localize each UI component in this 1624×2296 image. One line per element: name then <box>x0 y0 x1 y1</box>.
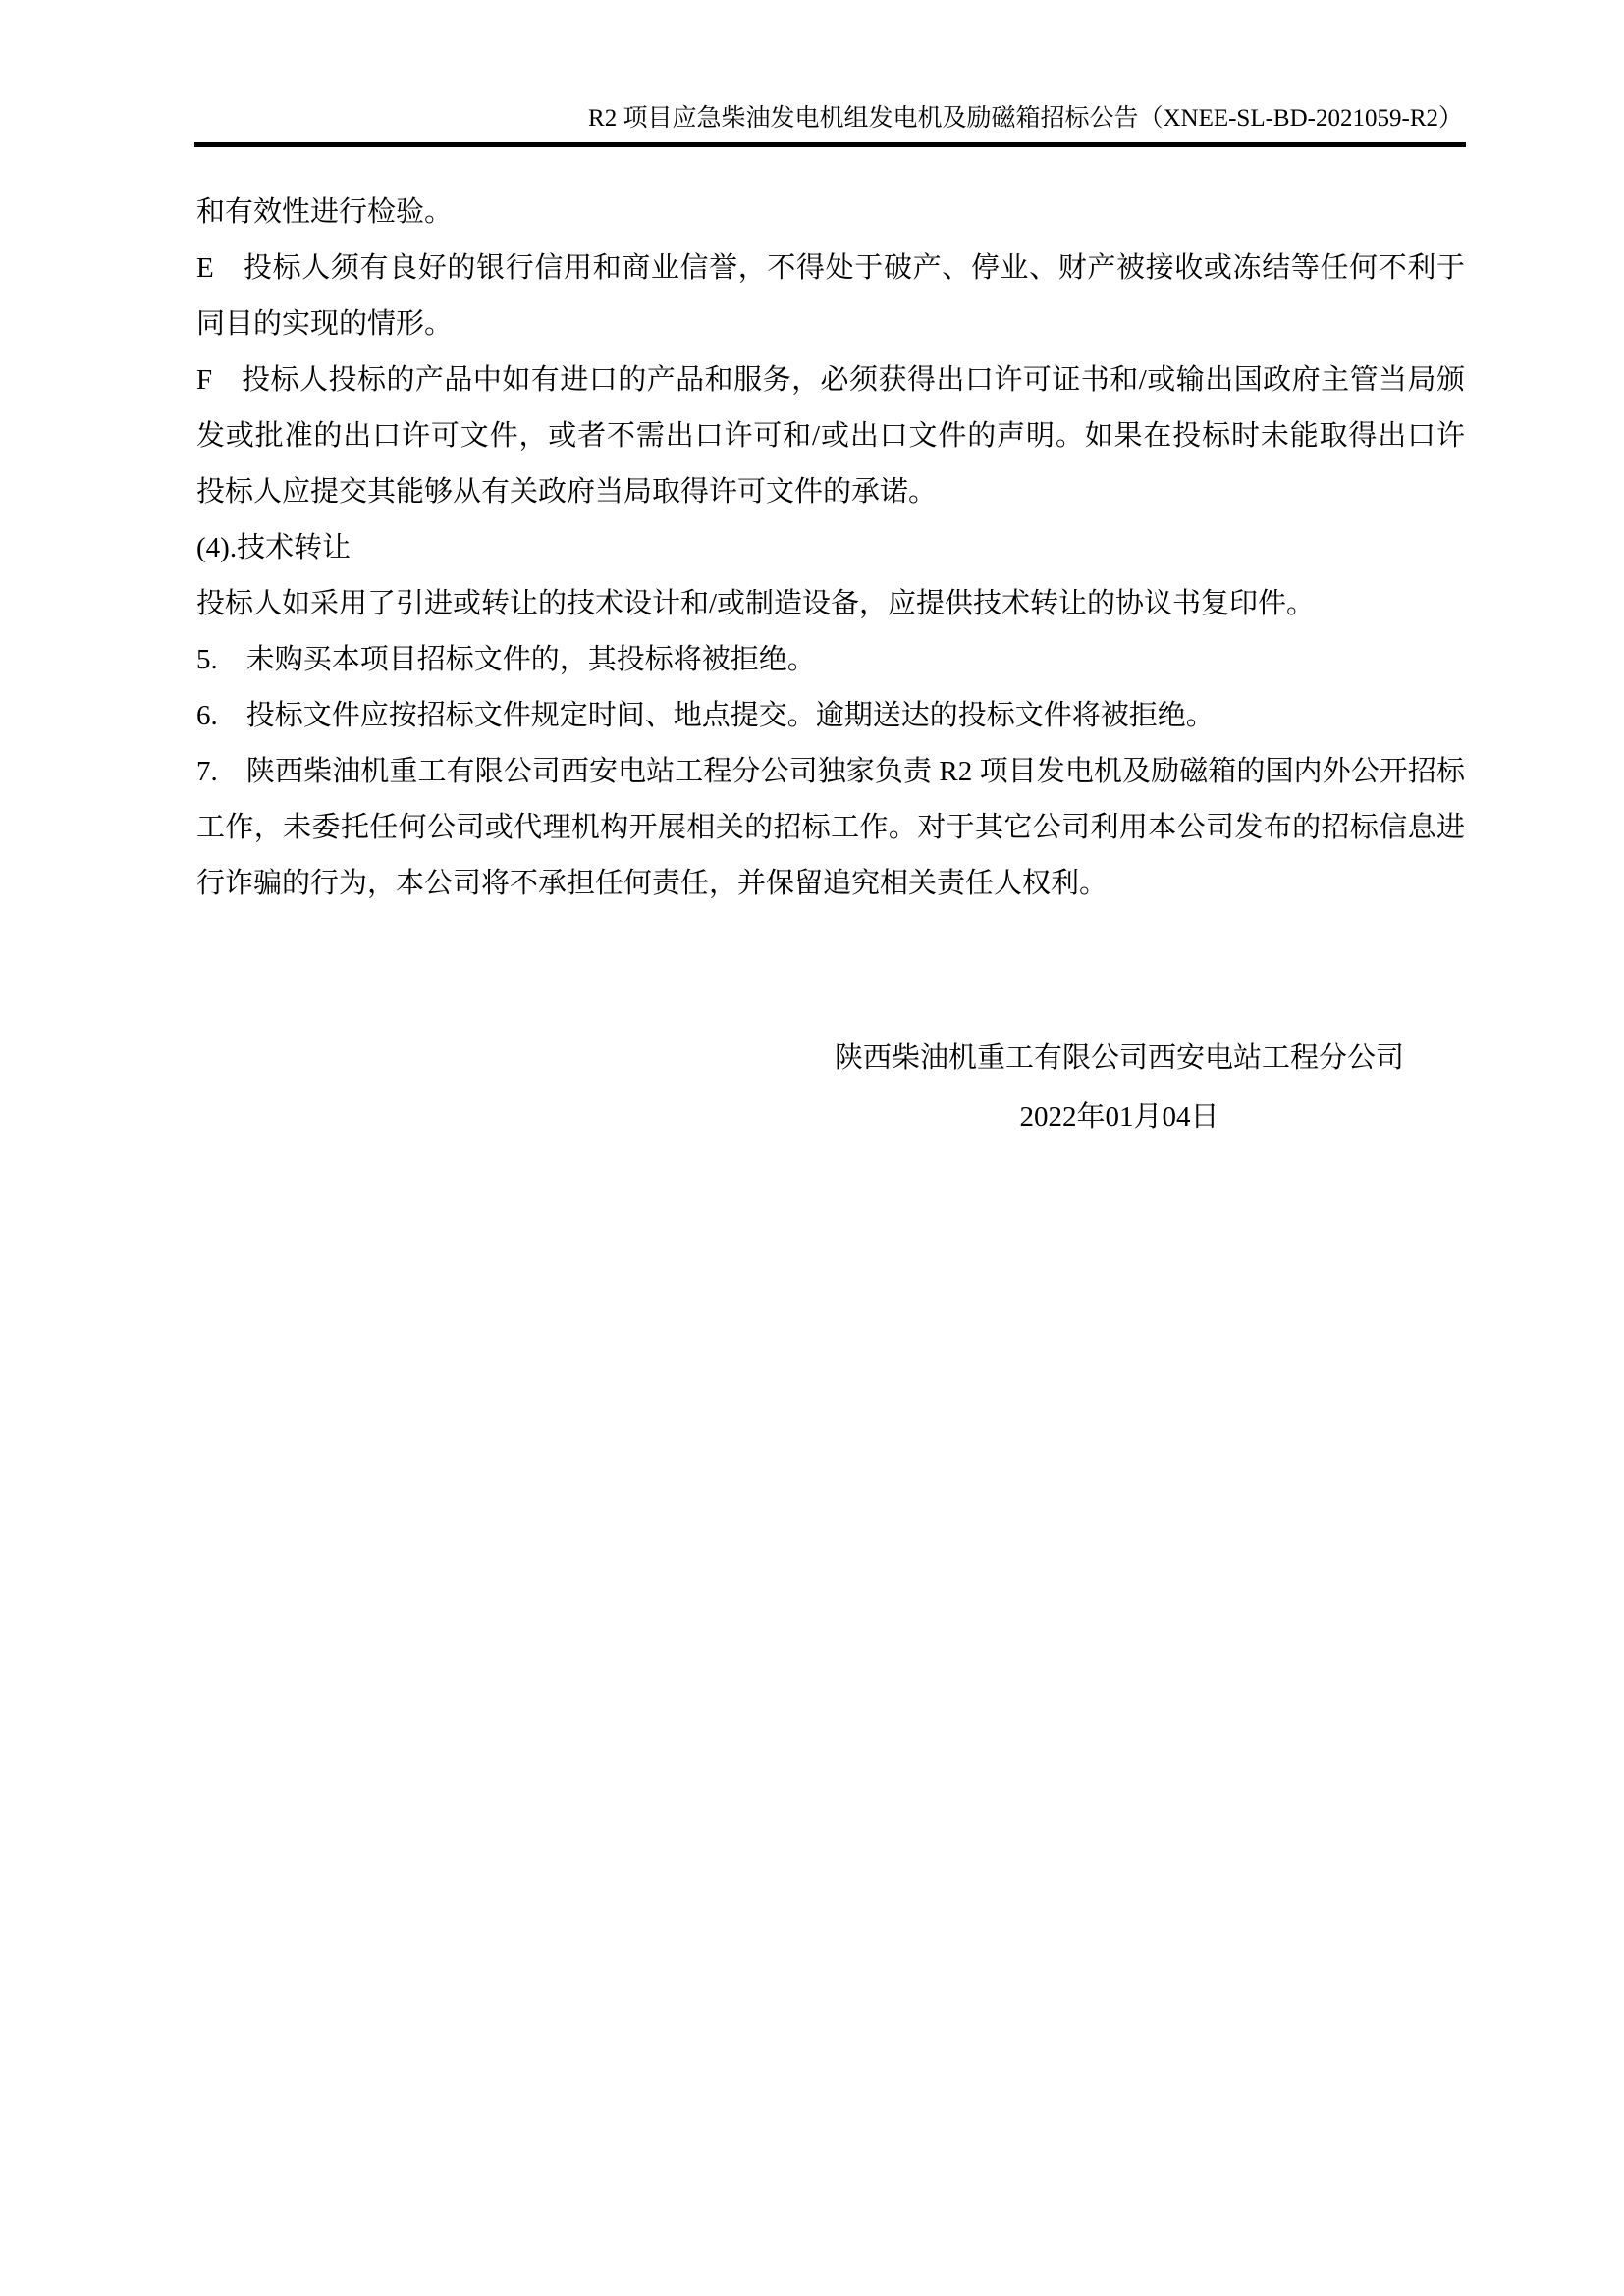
body-line: F 投标人投标的产品中如有进口的产品和服务，必须获得出口许可证书和/或输出国政府… <box>196 352 1465 408</box>
body-line: 和有效性进行检验。 <box>196 185 1465 240</box>
body-line: 工作，未委托任何公司或代理机构开展相关的招标工作。对于其它公司利用本公司发布的招… <box>196 800 1465 856</box>
body-line: 投标人应提交其能够从有关政府当局取得许可文件的承诺。 <box>196 464 1465 520</box>
body-line: 7. 陕西柴油机重工有限公司西安电站工程分公司独家负责 R2 项目发电机及励磁箱… <box>196 744 1465 800</box>
body-line: (4).技术转让 <box>196 520 1465 576</box>
body-line: E 投标人须有良好的银行信用和商业信誉，不得处于破产、停业、财产被接收或冻结等任… <box>196 240 1465 296</box>
body-line: 行诈骗的行为，本公司将不承担任何责任，并保留追究相关责任人权利。 <box>196 856 1465 912</box>
page-header-title: R2 项目应急柴油发电机组发电机及励磁箱招标公告（XNEE-SL-BD-2021… <box>196 101 1463 136</box>
signature-block: 陕西柴油机重工有限公司西安电站工程分公司 2022年01月04日 <box>835 1029 1404 1147</box>
body-line: 同目的实现的情形。 <box>196 296 1465 352</box>
body-line: 5. 未购买本项目招标文件的，其投标将被拒绝。 <box>196 632 1465 688</box>
body-line: 6. 投标文件应按招标文件规定时间、地点提交。逾期送达的投标文件将被拒绝。 <box>196 688 1465 744</box>
document-page: R2 项目应急柴油发电机组发电机及励磁箱招标公告（XNEE-SL-BD-2021… <box>0 0 1624 2296</box>
signature-date: 2022年01月04日 <box>835 1088 1404 1147</box>
header-rule <box>194 142 1466 147</box>
body-line: 投标人如采用了引进或转让的技术设计和/或制造设备，应提供技术转让的协议书复印件。 <box>196 576 1465 632</box>
signature-company: 陕西柴油机重工有限公司西安电站工程分公司 <box>835 1029 1404 1088</box>
body-line: 发或批准的出口许可文件，或者不需出口许可和/或出口文件的声明。如果在投标时未能取… <box>196 408 1465 464</box>
document-body: 和有效性进行检验。 E 投标人须有良好的银行信用和商业信誉，不得处于破产、停业、… <box>196 185 1465 912</box>
